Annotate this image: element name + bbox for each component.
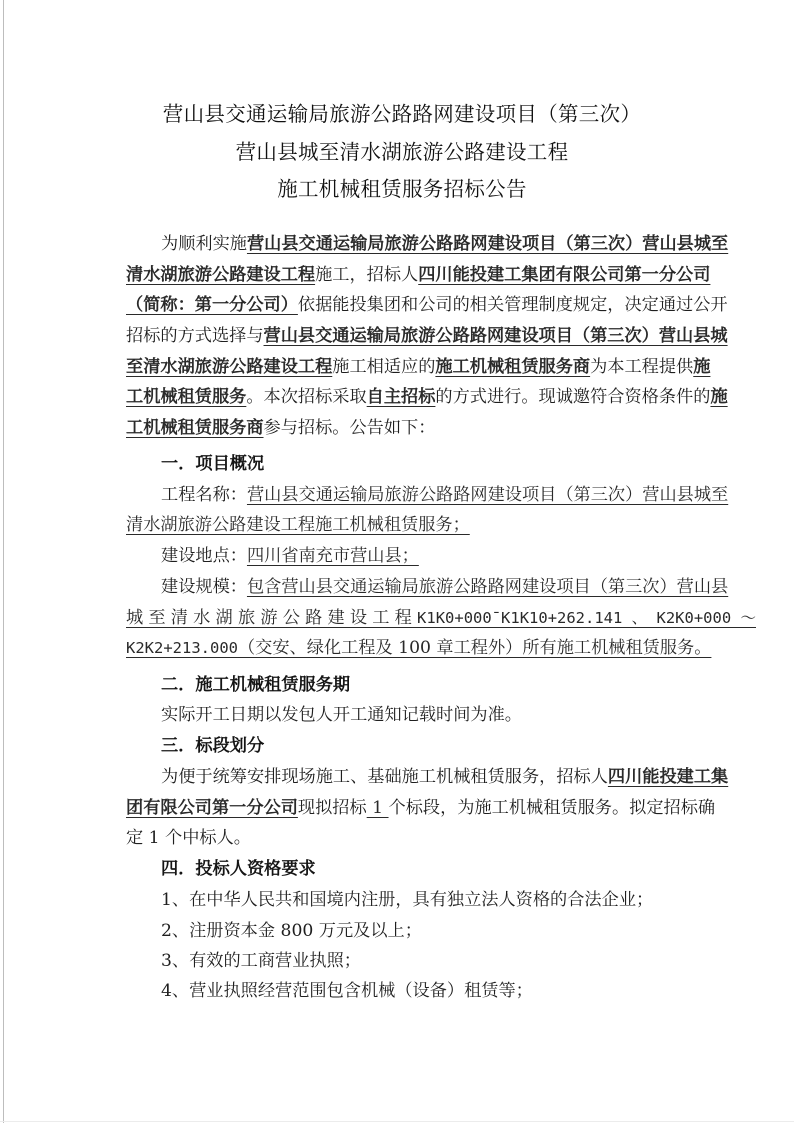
- tenderer-name: 四川能投建工集团有限公司第一分公司: [418, 265, 710, 285]
- scan-edge-left: [3, 0, 4, 1123]
- field-value: 清水湖旅游公路建设工程施工机械租赁服务；: [126, 515, 470, 535]
- text: 。本次招标采取: [246, 387, 366, 407]
- project-name: 营山县交通运输局旅游公路路网建设项目（第三次）营山县城: [264, 326, 728, 346]
- service-name: 工机械租赁服务: [126, 387, 246, 407]
- tenderer-name: 四川能投建工集: [608, 767, 728, 787]
- section-1-heading: 一．项目概况: [126, 453, 678, 475]
- field-value: 四川省南充市营山县；: [247, 546, 419, 566]
- field-label: 建设规模：: [161, 577, 247, 597]
- tenderer-name: 团有限公司第一分公司: [126, 798, 298, 818]
- qualification-item-2: 2、注册资本金 800 万元及以上；: [126, 920, 678, 942]
- text: 现拟招标: [298, 798, 367, 818]
- text: 参与招标。公告如下：: [264, 418, 436, 438]
- qualification-item-4: 4、营业执照经营范围包含机械（设备）租赁等；: [126, 980, 678, 1002]
- section-4-heading: 四．投标人资格要求: [126, 858, 678, 880]
- intro-line-2: 清水湖旅游公路建设工程施工，招标人四川能投建工集团有限公司第一分公司: [126, 264, 678, 286]
- scale-line-3: K2K2+213.000（交安、绿化工程及 100 章工程外）所有施工机械租赁服…: [126, 637, 678, 659]
- project-name: 至清水湖旅游公路建设工程: [126, 357, 332, 377]
- lot-count: 1: [367, 798, 389, 818]
- field-label: 建设地点：: [161, 546, 247, 566]
- project-name-line-1: 工程名称：营山县交通运输局旅游公路路网建设项目（第三次）营山县城至: [126, 484, 678, 506]
- intro-line-4: 招标的方式选择与营山县交通运输局旅游公路路网建设项目（第三次）营山县城: [126, 325, 678, 347]
- field-label: 工程名称：: [161, 485, 247, 505]
- section-2-heading: 二．施工机械租赁服务期: [126, 674, 678, 696]
- qualification-item-3: 3、有效的工商营业执照；: [126, 950, 678, 972]
- tender-method: 自主招标: [367, 387, 436, 407]
- location-line: 建设地点：四川省南充市营山县；: [126, 545, 678, 567]
- section-3-heading: 三．标段划分: [126, 735, 678, 757]
- section-3-line-1: 为便于统筹安排现场施工、基础施工机械租赁服务，招标人四川能投建工集: [126, 766, 678, 788]
- field-value: （交安、绿化工程及 100 章工程外）所有施工机械租赁服务。: [238, 638, 711, 658]
- field-value: 营山县交通运输局旅游公路路网建设项目（第三次）营山县城至: [247, 485, 728, 505]
- section-3-line-2: 团有限公司第一分公司现拟招标 1 个标段，为施工机械租赁服务。拟定招标确: [126, 797, 678, 819]
- service-name: 施: [693, 357, 710, 377]
- section-3-line-3: 定 1 个中标人。: [126, 827, 678, 849]
- title-line-1: 营山县交通运输局旅游公路路网建设项目（第三次）: [126, 97, 678, 127]
- text: 为便于统筹安排现场施工、基础施工机械租赁服务，招标人: [161, 767, 608, 787]
- project-name: 清水湖旅游公路建设工程: [126, 265, 315, 285]
- project-name: 营山县交通运输局旅游公路路网建设项目（第三次）营山县城至: [247, 234, 728, 254]
- service-provider: 工机械租赁服务商: [126, 418, 264, 438]
- text: 为本工程提供: [590, 357, 693, 377]
- section-2-text: 实际开工日期以发包人开工通知记载时间为准。: [126, 704, 678, 726]
- chainage-range: K1K0+000¯K1K10+262.141 、 K2K0+000 ～: [417, 607, 756, 629]
- intro-line-7: 工机械租赁服务商参与招标。公告如下：: [126, 417, 678, 439]
- text: 招标的方式选择与: [126, 326, 264, 346]
- service-provider: 施工机械租赁服务商: [435, 357, 590, 377]
- qualification-item-1: 1、在中华人民共和国境内注册，具有独立法人资格的合法企业；: [126, 889, 678, 911]
- title-line-2: 营山县城至清水湖旅游公路建设工程: [126, 135, 678, 165]
- scale-line-2: 城至清水湖旅游公路建设工程K1K0+000¯K1K10+262.141 、 K2…: [126, 607, 678, 629]
- intro-line-1: 为顺利实施营山县交通运输局旅游公路路网建设项目（第三次）营山县城至: [126, 233, 678, 255]
- text: 施工相适应的: [332, 357, 435, 377]
- service-provider: 施: [710, 387, 727, 407]
- scan-edge-bottom: [0, 1121, 794, 1122]
- scale-line-1: 建设规模：包含营山县交通运输局旅游公路路网建设项目（第三次）营山县: [126, 576, 678, 598]
- chainage-range: K2K2+213.000: [126, 639, 238, 657]
- intro-line-6: 工机械租赁服务。本次招标采取自主招标的方式进行。现诚邀符合资格条件的施: [126, 386, 678, 408]
- title-line-3: 施工机械租赁服务招标公告: [126, 172, 678, 202]
- intro-line-5: 至清水湖旅游公路建设工程施工相适应的施工机械租赁服务商为本工程提供施: [126, 356, 678, 378]
- intro-line-3: （简称：第一分公司）依据能投集团和公司的相关管理制度规定，决定通过公开: [126, 294, 678, 316]
- project-name-line-2: 清水湖旅游公路建设工程施工机械租赁服务；: [126, 514, 678, 536]
- text: 的方式进行。现诚邀符合资格条件的: [435, 387, 710, 407]
- text: 个标段，为施工机械租赁服务。拟定招标确: [389, 798, 716, 818]
- text: 施工，招标人: [315, 265, 418, 285]
- tenderer-short-name: （简称：第一分公司）: [126, 295, 298, 315]
- field-value: 包含营山县交通运输局旅游公路路网建设项目（第三次）营山县: [247, 577, 728, 597]
- text: 为顺利实施: [161, 234, 247, 254]
- field-value: 城至清水湖旅游公路建设工程: [126, 607, 417, 629]
- text: 依据能投集团和公司的相关管理制度规定，决定通过公开: [298, 295, 728, 315]
